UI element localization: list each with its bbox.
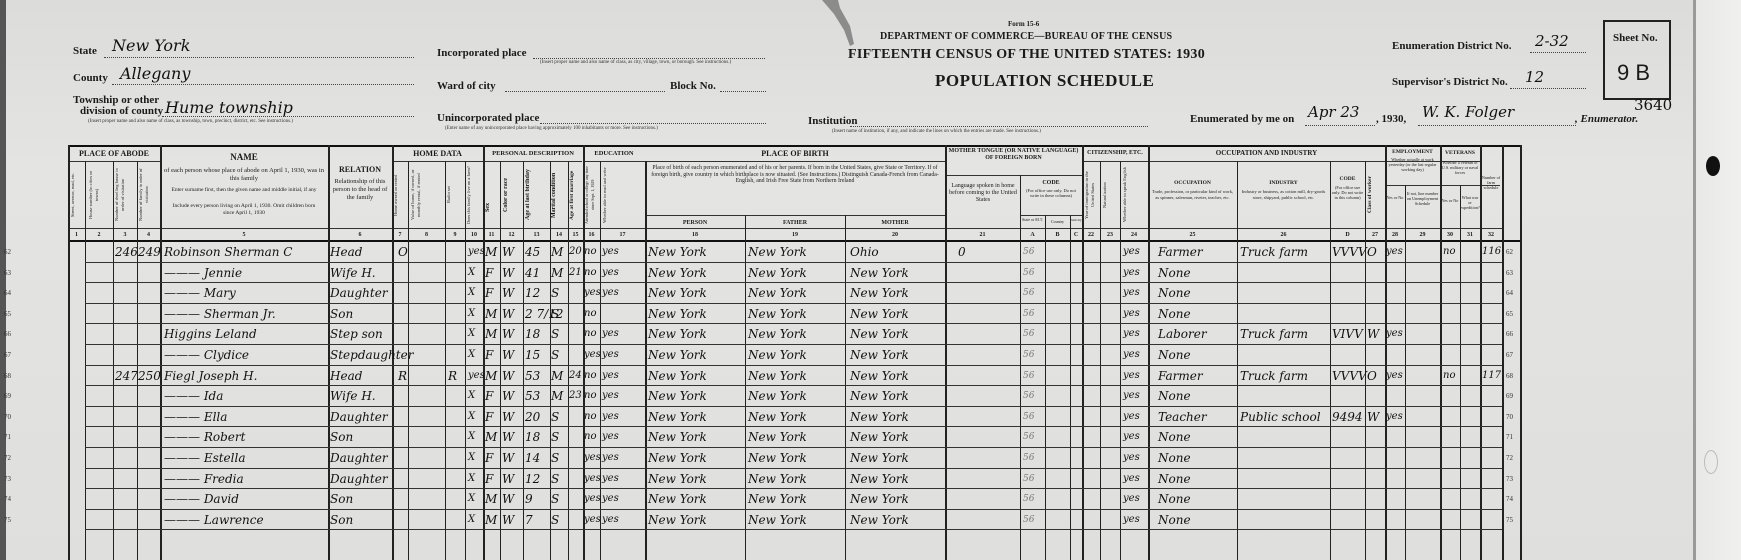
citizenship-header: CITIZENSHIP, ETC. xyxy=(1082,149,1148,158)
line-number: 65 xyxy=(1506,310,1513,318)
line-number-left: 66 xyxy=(4,330,11,338)
column-number: 2 xyxy=(85,232,113,238)
enum-district-line xyxy=(1530,52,1586,53)
occupation-desc: Trade, profession, or particular kind of… xyxy=(1150,189,1235,200)
enumerator-line xyxy=(1418,125,1576,126)
census-table: PLACE OF ABODE NAME of each person whose… xyxy=(68,145,1520,560)
sex-header: Sex xyxy=(484,190,500,225)
line-number-left: 67 xyxy=(4,351,11,359)
cell-birth-person: New York xyxy=(648,492,707,506)
cell-english: yes xyxy=(1123,513,1140,527)
cell-school: no xyxy=(584,410,596,424)
cell-marital: S xyxy=(551,430,559,444)
column-number: 10 xyxy=(465,232,483,238)
cell-birth-father: New York xyxy=(748,327,807,341)
cell-farm: yes xyxy=(468,369,485,383)
abode-group-line xyxy=(68,161,160,162)
cell-english: yes xyxy=(1123,369,1140,383)
column-number: 27 xyxy=(1365,232,1385,238)
cell-school: yes xyxy=(584,451,601,465)
line-number-left: 62 xyxy=(4,248,11,256)
line-number-left: 72 xyxy=(4,454,11,462)
cell-sex: F xyxy=(485,266,493,280)
cell-birth-father: New York xyxy=(748,472,807,486)
cell-birth-father: New York xyxy=(748,410,807,424)
immigration-year-header: Year of immigration to the United States xyxy=(1084,165,1100,225)
cell-class: W xyxy=(1367,410,1379,424)
cell-school: no xyxy=(584,327,596,341)
line-number: 69 xyxy=(1506,392,1513,400)
cell-race: W xyxy=(502,245,514,259)
cell-language: 0 xyxy=(958,245,966,259)
column-number: A xyxy=(1020,232,1045,238)
cell-name: ——— Lawrence xyxy=(164,513,264,527)
colnum-top-line xyxy=(68,228,1502,229)
cell-age: 12 xyxy=(525,286,540,300)
emp-yes-no-header: Yes or No xyxy=(1385,195,1405,200)
county-line xyxy=(112,84,414,85)
cell-relation: Son xyxy=(330,492,353,506)
cell-at-work: yes xyxy=(1386,245,1403,259)
cell-owned: R xyxy=(398,369,407,383)
column-number: 22 xyxy=(1082,232,1100,238)
column-number: 11 xyxy=(483,232,500,238)
cell-birth-father: New York xyxy=(748,513,807,527)
institution-note: (Insert name of institution, if any, and… xyxy=(832,129,1041,134)
cell-name: ——— Mary xyxy=(164,286,236,300)
cell-radio: R xyxy=(448,369,457,383)
cell-sex: F xyxy=(485,472,493,486)
cell-occupation: None xyxy=(1158,492,1191,506)
cell-occupation: Farmer xyxy=(1158,245,1203,259)
table-row: ——— ClydiceStepdaughterXFW15SyesyesNew Y… xyxy=(68,345,1520,366)
cell-occupation: None xyxy=(1158,472,1191,486)
cell-marital: M xyxy=(551,389,563,403)
age-header: Age at last birthday xyxy=(524,165,548,225)
cell-age-marriage: 24 xyxy=(569,369,582,383)
cell-marital: M xyxy=(551,369,563,383)
column-number: 6 xyxy=(328,232,392,238)
line-number-left: 70 xyxy=(4,413,11,421)
table-row: ——— IdaWife H.XFW53M23noyesNew YorkNew Y… xyxy=(68,386,1520,407)
cell-birth-father: New York xyxy=(748,492,807,506)
cell-name: ——— Sherman Jr. xyxy=(164,307,276,321)
line-number-left: 68 xyxy=(4,372,11,380)
cell-class: W xyxy=(1367,327,1379,341)
enum-district-label: Enumeration District No. xyxy=(1392,40,1511,52)
cell-age: 9 xyxy=(525,492,533,506)
cell-read: yes xyxy=(602,348,619,362)
table-row: ——— RobertSonXMW18SnoyesNew YorkNew York… xyxy=(68,427,1520,448)
cell-read: yes xyxy=(602,245,619,259)
cell-sex: M xyxy=(485,369,497,383)
cell-age-marriage: 21 xyxy=(569,266,582,280)
occupation-industry-header: OCCUPATION AND INDUSTRY xyxy=(1148,149,1385,158)
cell-relation: Daughter xyxy=(330,410,388,424)
cell-code-a: 56 xyxy=(1023,472,1034,486)
cell-name: Fiegl Joseph H. xyxy=(164,369,257,383)
cell-class: O xyxy=(1367,245,1377,259)
column-number: B xyxy=(1045,232,1070,238)
cell-code-d: VIVV xyxy=(1332,327,1363,341)
county-value: Allegany xyxy=(120,64,190,83)
cell-birth-person: New York xyxy=(648,430,707,444)
column-number: 16 xyxy=(583,232,600,238)
cell-sex: M xyxy=(485,327,497,341)
cell-name: ——— Jennie xyxy=(164,266,242,280)
cell-english: yes xyxy=(1123,472,1140,486)
code-b-header: Country xyxy=(1045,219,1070,226)
line-number: 66 xyxy=(1506,330,1513,338)
family-number-header: Number of family in order of visitation xyxy=(138,165,158,225)
cell-birth-mother: New York xyxy=(850,430,909,444)
cell-relation: Head xyxy=(330,245,362,259)
cell-name: ——— Estella xyxy=(164,451,246,465)
cell-birth-mother: New York xyxy=(850,369,909,383)
cell-age: 53 xyxy=(525,389,540,403)
cell-farm: X xyxy=(468,492,475,506)
cell-race: W xyxy=(502,327,514,341)
enumerated-date: Apr 23 xyxy=(1308,103,1359,121)
veterans-desc: Whether a veteran of U.S. military or na… xyxy=(1441,160,1479,175)
cell-name: ——— Ella xyxy=(164,410,227,424)
column-number: 12 xyxy=(500,232,523,238)
state-value: New York xyxy=(112,36,190,55)
code-c-header: Nativity xyxy=(1070,218,1082,222)
line-number: 73 xyxy=(1506,475,1513,483)
house-number-header: House number (in cities or towns) xyxy=(88,165,112,225)
scan-right-margin xyxy=(1693,0,1741,560)
cell-code-a: 56 xyxy=(1023,327,1034,341)
cell-birth-mother: New York xyxy=(850,513,909,527)
cell-read: yes xyxy=(602,369,619,383)
cell-sex: F xyxy=(485,410,493,424)
block-line xyxy=(720,91,766,92)
column-number: 28 xyxy=(1385,232,1405,238)
line-number: 62 xyxy=(1506,248,1513,256)
sheet-value: 9 B xyxy=(1617,60,1650,86)
cell-name: ——— David xyxy=(164,492,239,506)
line-number: 63 xyxy=(1506,269,1513,277)
table-row: ——— JennieWife H.XFW41M21noyesNew YorkNe… xyxy=(68,263,1520,284)
education-header: EDUCATION xyxy=(583,149,645,158)
enumerated-label: Enumerated by me on xyxy=(1190,113,1294,125)
cell-birth-father: New York xyxy=(748,430,807,444)
cell-farm: yes xyxy=(468,245,485,259)
cell-read: yes xyxy=(602,410,619,424)
cell-sex: M xyxy=(485,245,497,259)
column-number: 23 xyxy=(1100,232,1120,238)
cell-birth-person: New York xyxy=(648,307,707,321)
birth-group-line xyxy=(645,161,945,162)
color-race-header: Color or race xyxy=(502,165,522,225)
incorporated-label: Incorporated place xyxy=(437,47,527,59)
home-personal-group-line xyxy=(392,161,582,162)
cell-farm: X xyxy=(468,266,475,280)
township-value: Hume township xyxy=(165,98,293,117)
mother-header: MOTHER xyxy=(845,219,945,228)
punch-hole-icon xyxy=(1706,156,1720,176)
cell-code-d: VVVV xyxy=(1332,369,1367,383)
cell-age: 14 xyxy=(525,451,540,465)
column-number: 25 xyxy=(1148,232,1237,238)
cell-farm: X xyxy=(468,307,475,321)
industry-header: INDUSTRY xyxy=(1237,179,1330,188)
cell-english: yes xyxy=(1123,410,1140,424)
line-number: 74 xyxy=(1506,495,1513,503)
cell-age: 53 xyxy=(525,369,540,383)
cell-age: 18 xyxy=(525,430,540,444)
class-worker-header: Class of worker xyxy=(1366,165,1384,225)
code-abc-desc: (For office use only. Do not write in th… xyxy=(1021,188,1081,198)
cell-industry: Truck farm xyxy=(1240,327,1308,341)
cell-marital: S xyxy=(551,492,559,506)
column-number: C xyxy=(1070,232,1082,238)
unincorporated-note: (Enter name of any unincorporated place … xyxy=(445,126,658,131)
cell-farm-schedule: 117 xyxy=(1482,369,1501,383)
marital-header: Marital condition xyxy=(550,165,566,225)
line-number: 67 xyxy=(1506,351,1513,359)
cell-marital: S xyxy=(551,513,559,527)
cell-marital: S xyxy=(551,472,559,486)
name-desc: of each person whose place of abode on A… xyxy=(164,167,324,183)
cell-birth-person: New York xyxy=(648,410,707,424)
state-label: State xyxy=(73,45,97,57)
cell-code-a: 56 xyxy=(1023,451,1034,465)
read-write-header: Whether able to read and write xyxy=(602,165,642,225)
column-number: 24 xyxy=(1120,232,1148,238)
line-number-left: 63 xyxy=(4,269,11,277)
table-row: ——— Sherman Jr.SonXMW2 7/12SnoNew YorkNe… xyxy=(68,304,1520,325)
name-header: NAME xyxy=(160,153,328,162)
scan-right-edge-line xyxy=(1693,0,1696,560)
column-number: 31 xyxy=(1460,232,1480,238)
cell-marital: S xyxy=(551,327,559,341)
cell-school: no xyxy=(584,389,596,403)
cell-veteran: no xyxy=(1443,245,1455,259)
cell-code-a: 56 xyxy=(1023,245,1034,259)
line-number-left: 64 xyxy=(4,289,11,297)
cell-relation: Daughter xyxy=(330,286,388,300)
column-number: 17 xyxy=(600,232,645,238)
cell-age: 12 xyxy=(525,472,540,486)
cell-race: W xyxy=(502,348,514,362)
cell-occupation: None xyxy=(1158,513,1191,527)
cell-school: no xyxy=(584,245,596,259)
incorporated-line xyxy=(533,58,765,59)
cell-name: Higgins Leland xyxy=(164,327,257,341)
cell-code-a: 56 xyxy=(1023,286,1034,300)
cell-code-a: 56 xyxy=(1023,492,1034,506)
line-number-left: 73 xyxy=(4,475,11,483)
cell-read: yes xyxy=(602,513,619,527)
stamp-number: 3640 xyxy=(1634,96,1672,114)
line-number: 70 xyxy=(1506,413,1513,421)
department-title: DEPARTMENT OF COMMERCE—BUREAU OF THE CEN… xyxy=(880,31,1172,42)
line-number: 75 xyxy=(1506,516,1513,524)
cell-sex: F xyxy=(485,348,493,362)
cell-owned: O xyxy=(398,245,408,259)
attended-school-header: Attended school or college any time sinc… xyxy=(584,165,600,225)
column-number: 19 xyxy=(745,232,845,238)
cell-english: yes xyxy=(1123,348,1140,362)
cell-school: yes xyxy=(584,286,601,300)
age-marriage-header: Age at first marriage xyxy=(568,165,582,225)
cell-read: yes xyxy=(602,430,619,444)
cell-race: W xyxy=(502,369,514,383)
table-row: ——— MaryDaughterXFW12SyesyesNew YorkNew … xyxy=(68,283,1520,304)
mother-tongue-header: MOTHER TONGUE (OR NATIVE LANGUAGE) OF FO… xyxy=(945,148,1082,162)
cell-race: W xyxy=(502,451,514,465)
language-desc: Language spoken in home before coming to… xyxy=(946,183,1020,204)
cell-birth-father: New York xyxy=(748,369,807,383)
cell-birth-mother: New York xyxy=(850,307,909,321)
line-number-left: 69 xyxy=(4,392,11,400)
cell-birth-mother: New York xyxy=(850,472,909,486)
name-instr-1: Enter surname first, then the given name… xyxy=(168,187,320,194)
cell-relation: Stepdaughter xyxy=(330,348,413,362)
cell-marital: S xyxy=(551,307,559,321)
column-number: 21 xyxy=(945,232,1020,238)
sheet-number-box: Sheet No. 9 B xyxy=(1603,20,1671,100)
cell-name: ——— Ida xyxy=(164,389,223,403)
incorporated-note: (Insert proper name and also name of cla… xyxy=(540,60,731,65)
cell-farm: X xyxy=(468,472,475,486)
supervisor-line xyxy=(1510,88,1586,89)
place-of-birth-desc: Place of birth of each person enumerated… xyxy=(650,165,940,185)
supervisor-value: 12 xyxy=(1525,68,1544,86)
farm-header: Does this family live on a farm? xyxy=(466,165,482,225)
cell-birth-mother: New York xyxy=(850,410,909,424)
schedule-title: POPULATION SCHEDULE xyxy=(935,71,1154,91)
ward-label: Ward of city xyxy=(437,80,496,92)
cell-farm: X xyxy=(468,513,475,527)
block-label: Block No. xyxy=(670,80,716,92)
cell-marital: S xyxy=(551,286,559,300)
name-instr-2: Include every person living on April 1, … xyxy=(168,203,320,216)
cell-birth-mother: New York xyxy=(850,348,909,362)
cell-school: no xyxy=(584,430,596,444)
column-number: 3 xyxy=(113,232,137,238)
column-number: 26 xyxy=(1237,232,1330,238)
cell-occupation: None xyxy=(1158,430,1191,444)
column-number: 4 xyxy=(137,232,160,238)
place-of-birth-header: PLACE OF BIRTH xyxy=(645,149,945,158)
column-number: 18 xyxy=(645,232,745,238)
census-sheet: Form 15-6 DEPARTMENT OF COMMERCE—BUREAU … xyxy=(0,0,1741,560)
occupation-header: OCCUPATION xyxy=(1148,179,1237,188)
cell-english: yes xyxy=(1123,307,1140,321)
cell-race: W xyxy=(502,286,514,300)
table-row: ——— FrediaDaughterXFW12SyesyesNew YorkNe… xyxy=(68,469,1520,490)
cell-birth-father: New York xyxy=(748,348,807,362)
cell-birth-father: New York xyxy=(748,286,807,300)
county-label: County xyxy=(73,72,108,84)
table-row: ——— EstellaDaughterXFW14SyesyesNew YorkN… xyxy=(68,448,1520,469)
table-row: ——— DavidSonXMW9SyesyesNew YorkNew YorkN… xyxy=(68,489,1520,510)
cell-relation: Head xyxy=(330,369,362,383)
enumerator-name: W. K. Folger xyxy=(1422,103,1514,121)
line-number-left: 75 xyxy=(4,516,11,524)
cell-at-work: yes xyxy=(1386,369,1403,383)
cell-class: O xyxy=(1367,369,1377,383)
cell-age: 15 xyxy=(525,348,540,362)
column-number: 1 xyxy=(68,232,85,238)
cell-relation: Wife H. xyxy=(330,389,376,403)
column-number: 5 xyxy=(160,232,328,238)
cell-birth-father: New York xyxy=(748,245,807,259)
relation-desc: Relationship of this person to the head … xyxy=(330,178,390,202)
code-d-header: CODE xyxy=(1330,175,1365,184)
line-number-left: 74 xyxy=(4,495,11,503)
cell-industry: Truck farm xyxy=(1240,245,1308,259)
speak-english-header: Whether able to speak English xyxy=(1122,165,1146,225)
unincorporated-line xyxy=(540,123,766,124)
cell-dwelling: 246 xyxy=(115,245,138,259)
cell-occupation: Teacher xyxy=(1158,410,1207,424)
cell-occupation: Farmer xyxy=(1158,369,1203,383)
cell-read: yes xyxy=(602,286,619,300)
table-row: Higgins LelandStep sonXMW18SnoyesNew Yor… xyxy=(68,324,1520,345)
column-number: 9 xyxy=(445,232,465,238)
employment-desc: Whether actually at work yesterday (or t… xyxy=(1386,157,1439,172)
street-header: Street, avenue, road, etc. xyxy=(70,165,84,225)
cell-english: yes xyxy=(1123,266,1140,280)
cell-school: no xyxy=(584,369,596,383)
emp-line-header: If not, line number on Unemployment Sche… xyxy=(1405,191,1440,206)
table-row: ——— LawrenceSonXMW7SyesyesNew YorkNew Yo… xyxy=(68,510,1520,531)
cell-birth-person: New York xyxy=(648,327,707,341)
relation-header: RELATION xyxy=(328,165,392,174)
cell-code-a: 56 xyxy=(1023,348,1034,362)
cell-birth-mother: New York xyxy=(850,492,909,506)
cell-occupation: Laborer xyxy=(1158,327,1207,341)
cell-birth-mother: New York xyxy=(850,286,909,300)
cell-occupation: None xyxy=(1158,348,1191,362)
cell-dwelling: 247 xyxy=(115,369,138,383)
township-label-2: division of county xyxy=(80,105,163,117)
cell-name: ——— Robert xyxy=(164,430,245,444)
cell-race: W xyxy=(502,410,514,424)
cell-sex: F xyxy=(485,451,493,465)
cell-race: W xyxy=(502,430,514,444)
birth-subheader-line xyxy=(645,215,945,216)
cell-age-marriage: 20 xyxy=(569,245,582,259)
cell-sex: F xyxy=(485,389,493,403)
column-divider xyxy=(1520,145,1522,560)
cell-at-work: yes xyxy=(1386,327,1403,341)
state-line xyxy=(104,57,414,58)
column-number: D xyxy=(1330,232,1365,238)
cell-occupation: None xyxy=(1158,451,1191,465)
cell-english: yes xyxy=(1123,245,1140,259)
cell-name: ——— Clydice xyxy=(164,348,249,362)
cell-name: Robinson Sherman C xyxy=(164,245,292,259)
cell-code-a: 56 xyxy=(1023,513,1034,527)
cell-code-d: VVVV xyxy=(1332,245,1367,259)
cell-relation: Daughter xyxy=(330,451,388,465)
line-number: 64 xyxy=(1506,289,1513,297)
cell-school: yes xyxy=(584,472,601,486)
father-header: FATHER xyxy=(745,219,845,228)
cell-marital: M xyxy=(551,245,563,259)
education-group-line xyxy=(583,161,645,162)
line-number: 68 xyxy=(1506,372,1513,380)
code-abc-header: CODE xyxy=(1020,179,1082,188)
tear-mark-icon xyxy=(820,0,860,48)
cell-farm-schedule: 116 xyxy=(1482,245,1501,259)
industry-desc: Industry or business, as cotton mill, dr… xyxy=(1239,189,1328,200)
